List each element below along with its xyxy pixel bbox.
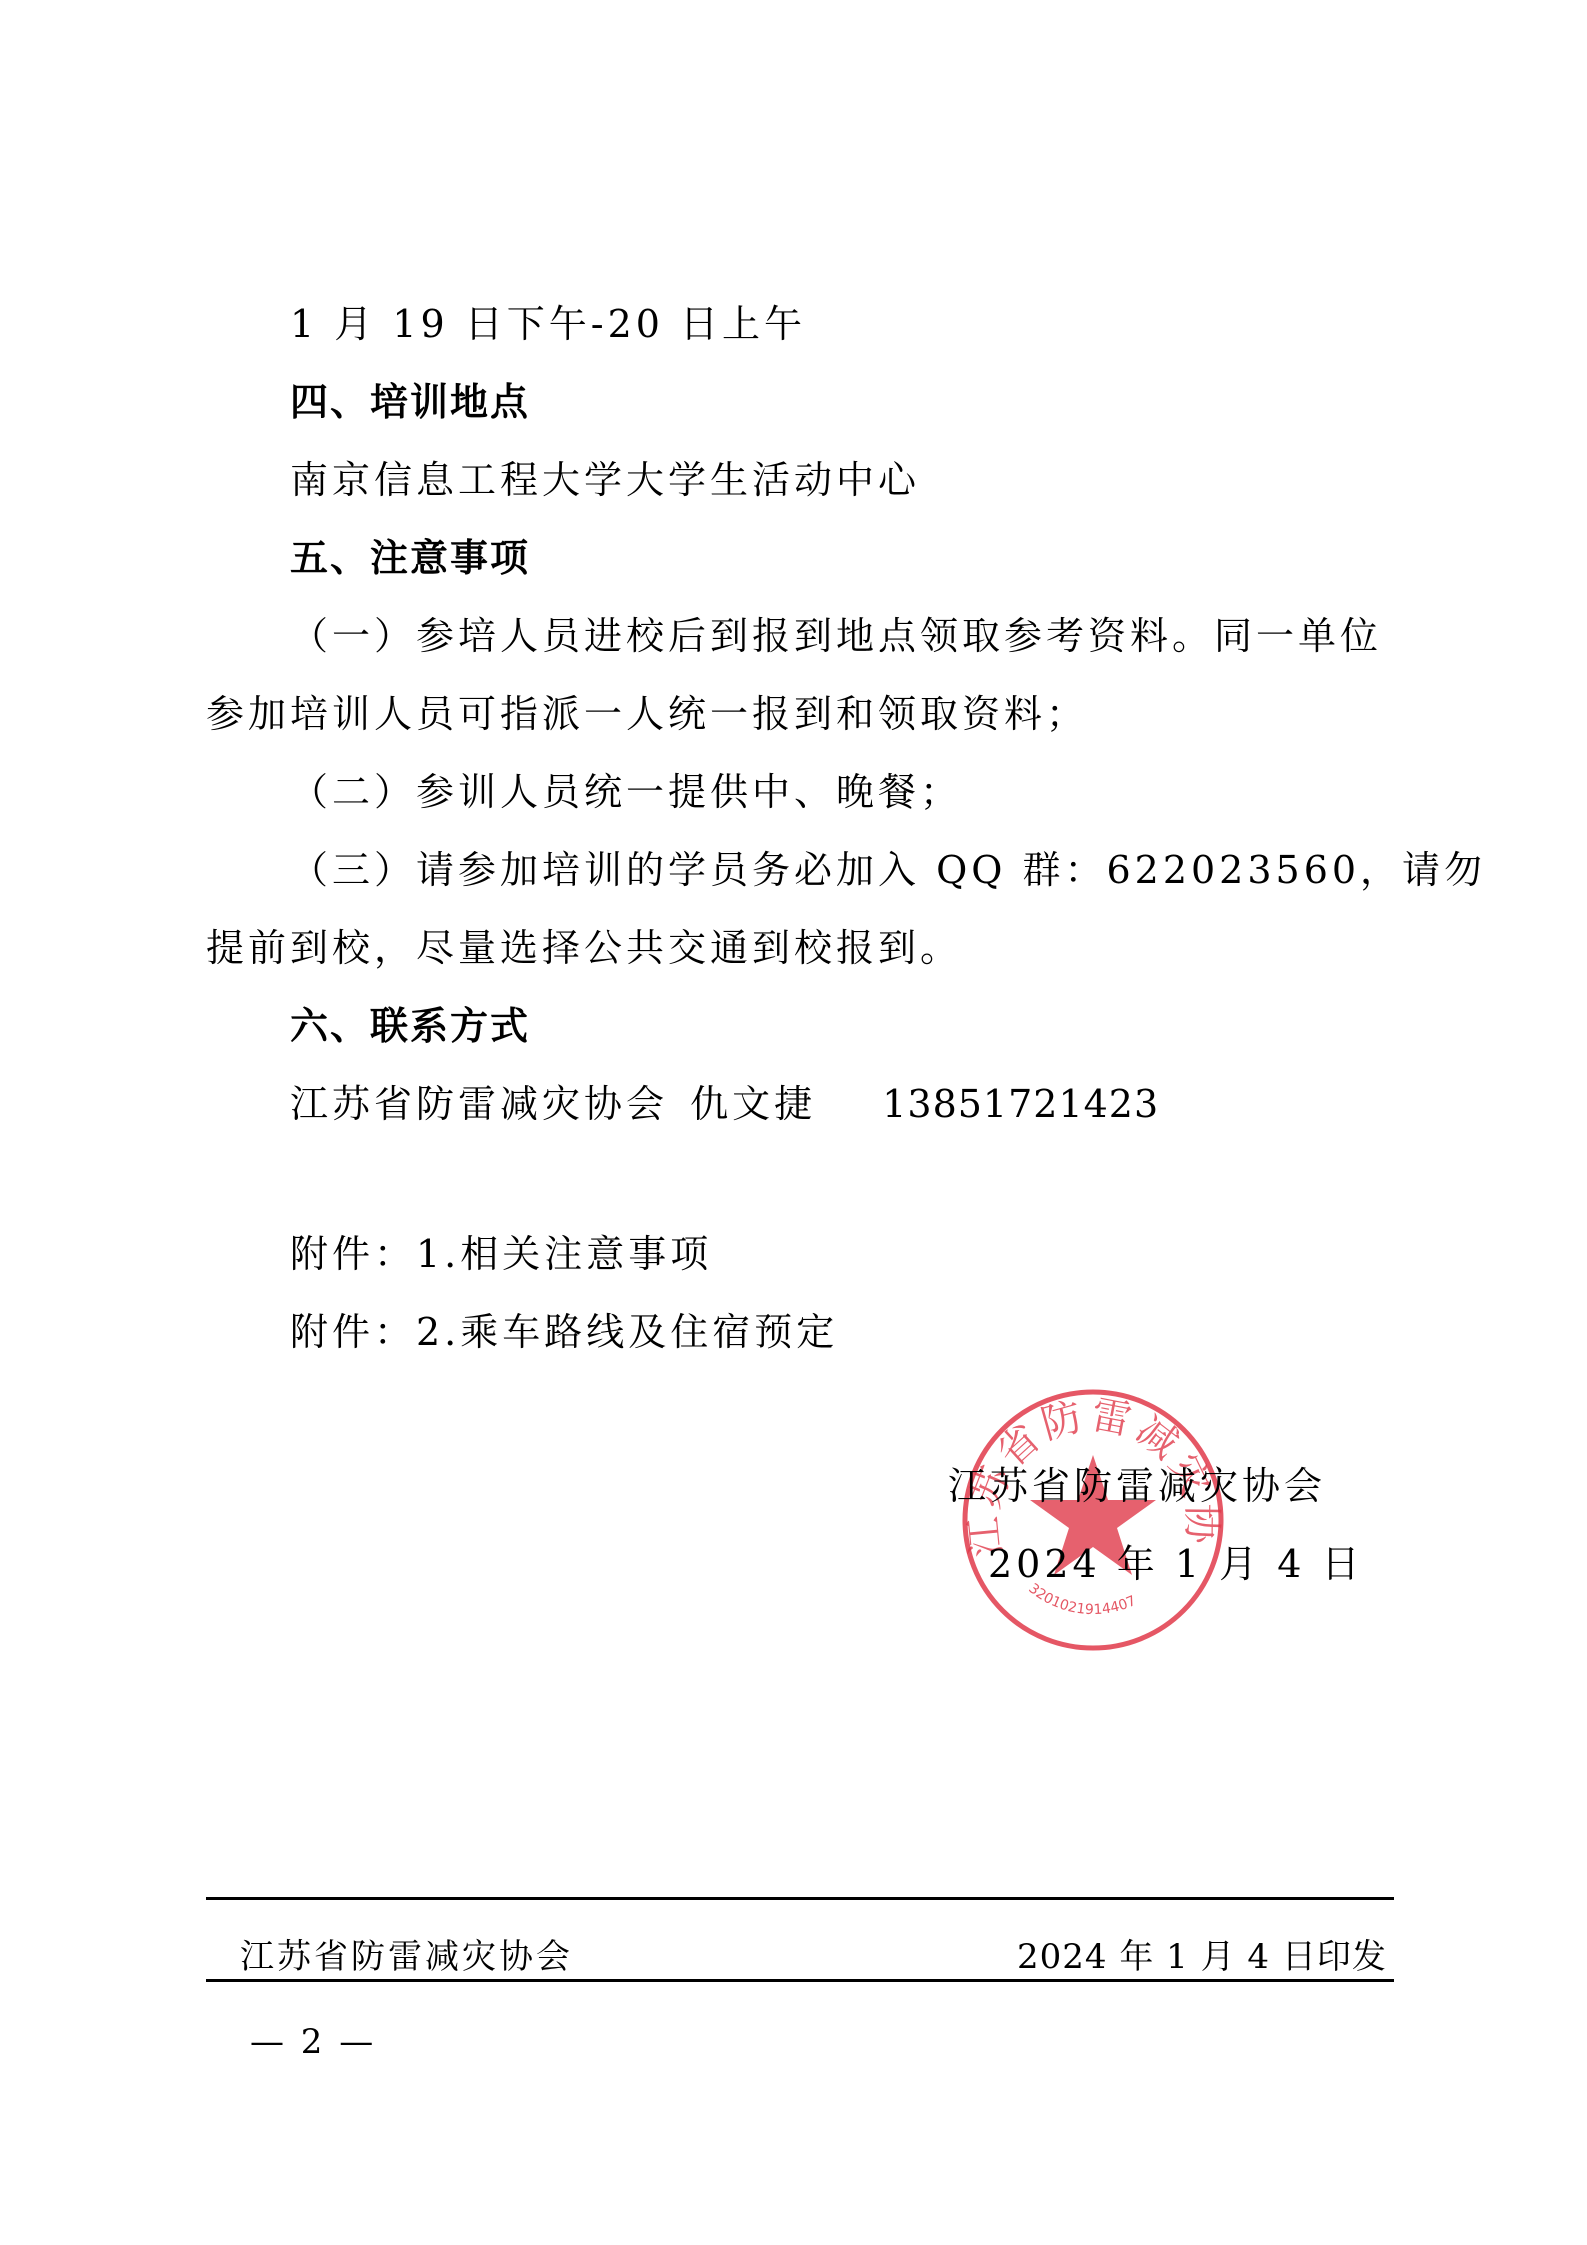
section-6-heading: 六、联系方式 — [290, 1002, 530, 1050]
contact-line: 江苏省防雷减灾协会 仇文捷 13851721423 — [290, 1080, 1159, 1128]
footer-bottom-rule — [206, 1979, 1394, 1982]
signature-date: 2024 年 1 月 4 日 — [988, 1540, 1363, 1588]
footer-top-rule — [206, 1897, 1394, 1900]
contact-name: 仇文捷 — [690, 1082, 816, 1126]
signature-org: 江苏省防雷减灾协会 — [948, 1462, 1326, 1510]
contact-org: 江苏省防雷减灾协会 — [290, 1082, 668, 1126]
page-number: — 2 — — [250, 2020, 376, 2064]
section-5-heading: 五、注意事项 — [290, 534, 530, 582]
section-4-heading: 四、培训地点 — [290, 378, 530, 426]
notice-item-1-line-2: 参加培训人员可指派一人统一报到和领取资料； — [206, 690, 1088, 738]
attachment-2: 附件：2.乘车路线及住宿预定 — [290, 1308, 838, 1356]
contact-phone: 13851721423 — [882, 1082, 1159, 1126]
notice-item-2: （二）参训人员统一提供中、晚餐； — [290, 768, 962, 816]
notice-item-1-line-1: （一）参培人员进校后到报到地点领取参考资料。同一单位 — [290, 612, 1382, 660]
attachment-1: 附件：1.相关注意事项 — [290, 1230, 712, 1278]
training-time: 1 月 19 日下午-20 日上午 — [290, 300, 806, 348]
footer-issue-date: 2024 年 1 月 4 日印发 — [1017, 1935, 1387, 1979]
training-location: 南京信息工程大学大学生活动中心 — [290, 456, 920, 504]
notice-item-3-line-2: 提前到校，尽量选择公共交通到校报到。 — [206, 924, 962, 972]
notice-item-3-line-1: （三）请参加培训的学员务必加入 QQ 群：622023560，请勿 — [290, 846, 1486, 894]
official-seal: 江苏省防雷减灾协会 3201021914407 — [958, 1385, 1228, 1655]
footer-issuer: 江苏省防雷减灾协会 — [240, 1935, 573, 1979]
